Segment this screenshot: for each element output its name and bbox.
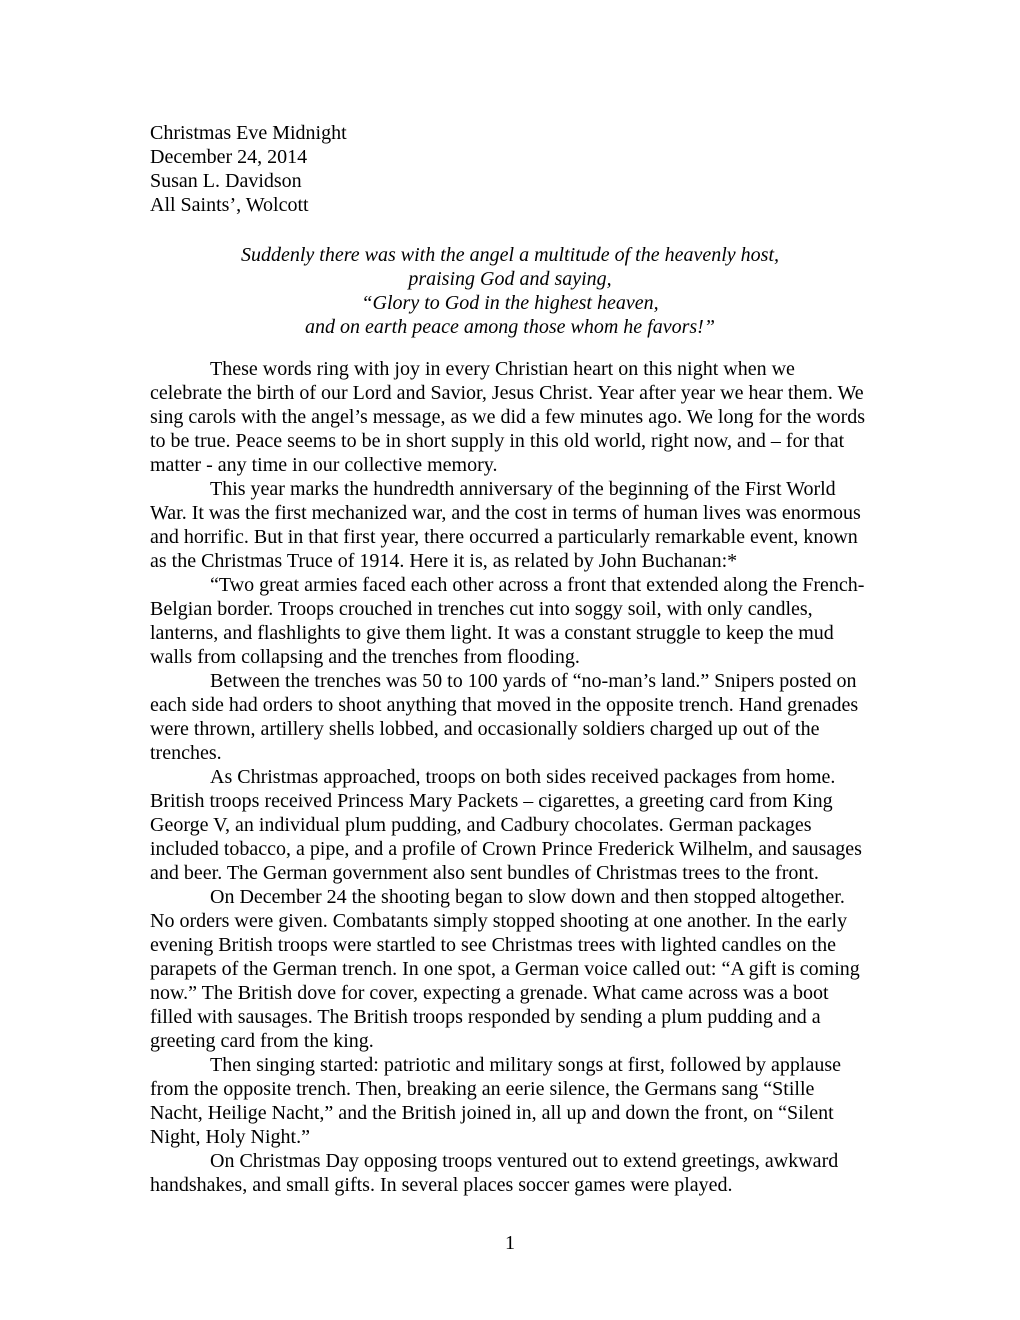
epigraph-line: and on earth peace among those whom he f…	[150, 315, 870, 339]
sermon-body: These words ring with joy in every Chris…	[150, 357, 870, 1197]
paragraph: “Two great armies faced each other acros…	[150, 573, 870, 669]
paragraph: This year marks the hundredth anniversar…	[150, 477, 870, 573]
document-page: Christmas Eve Midnight December 24, 2014…	[0, 0, 1020, 1320]
paragraph: As Christmas approached, troops on both …	[150, 765, 870, 885]
header-line-author: Susan L. Davidson	[150, 169, 870, 193]
paragraph: Then singing started: patriotic and mili…	[150, 1053, 870, 1149]
paragraph: Between the trenches was 50 to 100 yards…	[150, 669, 870, 765]
header-line-title: Christmas Eve Midnight	[150, 121, 870, 145]
paragraph: On Christmas Day opposing troops venture…	[150, 1149, 870, 1197]
epigraph-line: Suddenly there was with the angel a mult…	[150, 243, 870, 267]
header-line-parish: All Saints’, Wolcott	[150, 193, 870, 217]
paragraph: These words ring with joy in every Chris…	[150, 357, 870, 477]
scripture-epigraph: Suddenly there was with the angel a mult…	[150, 243, 870, 339]
epigraph-line: praising God and saying,	[150, 267, 870, 291]
header-line-date: December 24, 2014	[150, 145, 870, 169]
document-header: Christmas Eve Midnight December 24, 2014…	[150, 121, 870, 217]
paragraph: On December 24 the shooting began to slo…	[150, 885, 870, 1053]
epigraph-line: “Glory to God in the highest heaven,	[150, 291, 870, 315]
page-number: 1	[0, 1231, 1020, 1255]
